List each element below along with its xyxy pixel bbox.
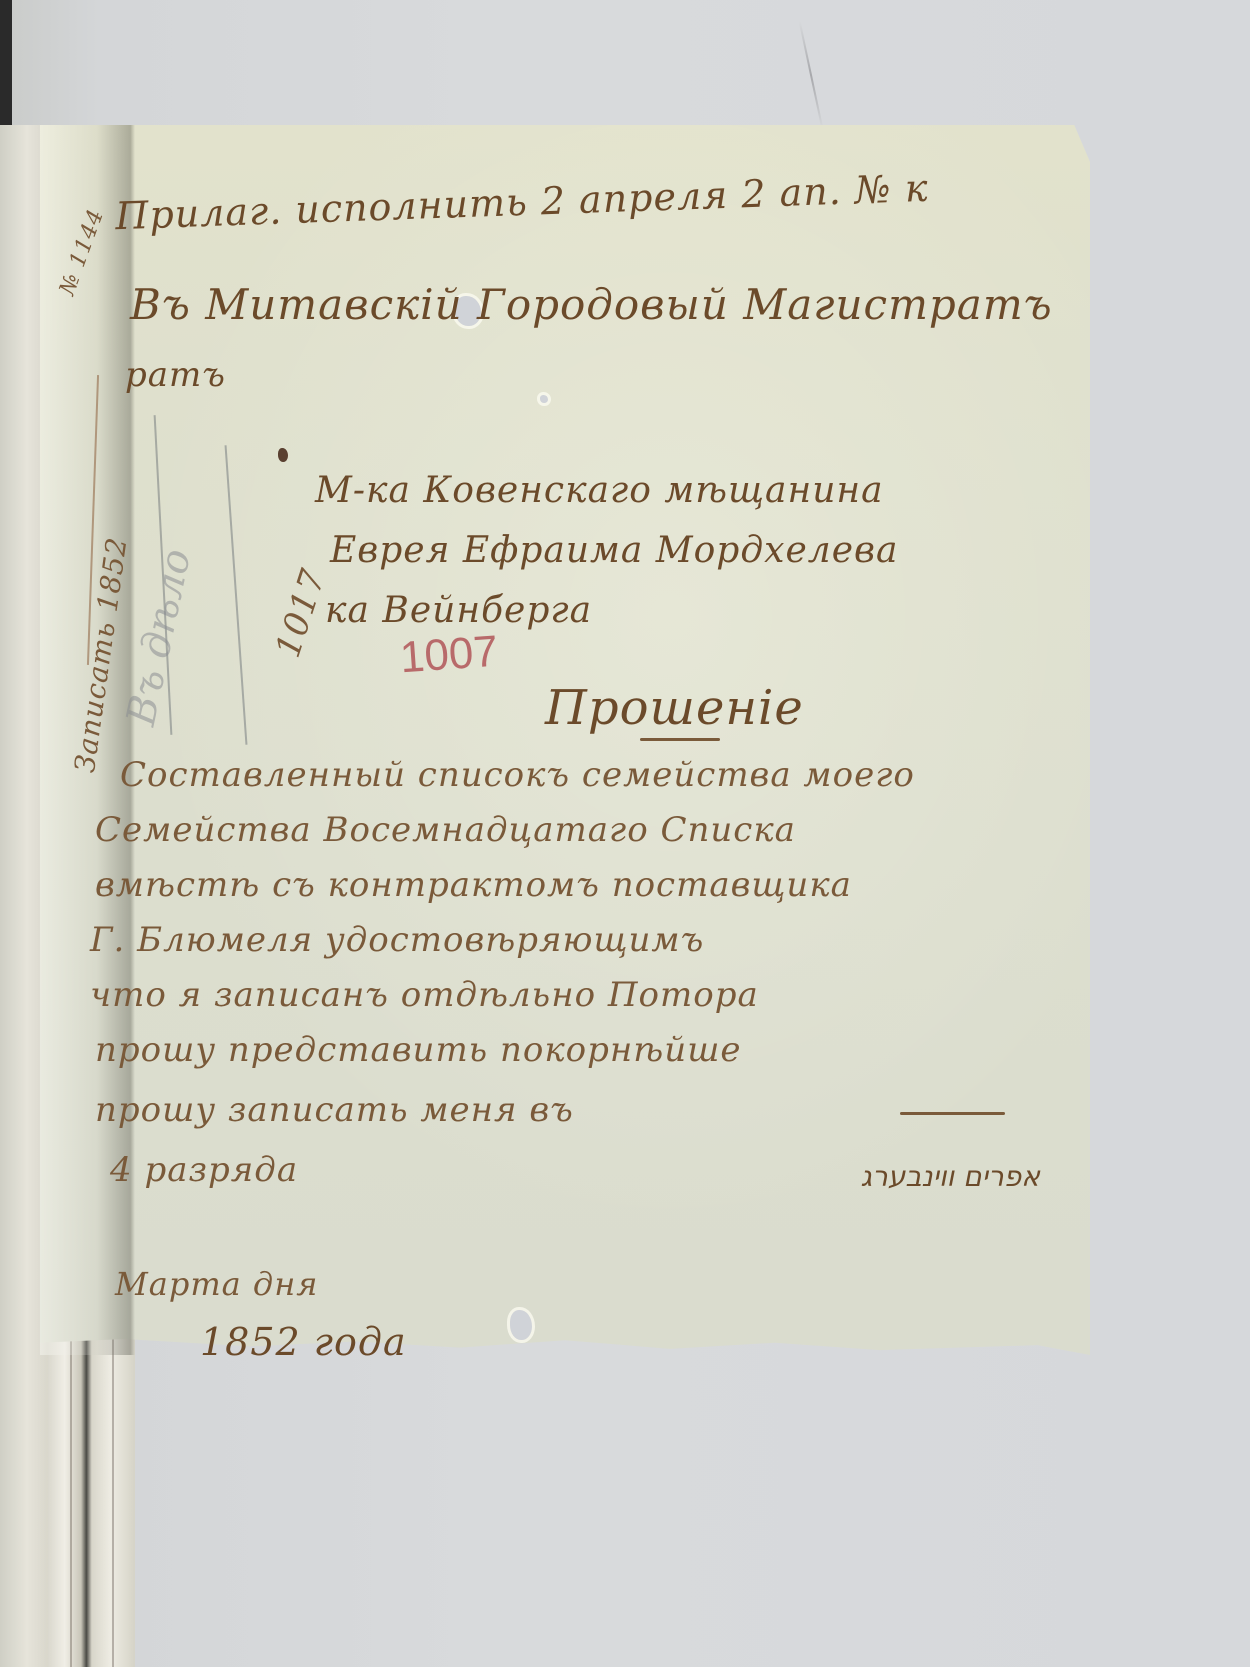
line-end-dash — [900, 1112, 1005, 1115]
petitioner-line-2: Еврея Ефраима Мордхелева — [330, 530, 898, 571]
body-line: 4 разряда — [110, 1150, 298, 1190]
punch-hole — [278, 448, 288, 462]
red-pencil-number: 1007 — [398, 627, 499, 684]
body-line: прошу представить покорнѣйше — [95, 1030, 742, 1070]
header-line-2: Въ Митавскій Городовый Магистратъ — [130, 280, 1053, 329]
date-line-2: 1852 года — [200, 1320, 407, 1364]
petitioner-line-1: М-ка Ковенскаго мѣщанина — [315, 470, 884, 511]
body-line: Г. Блюмеля удостовѣряющимъ — [90, 920, 704, 960]
punch-hole — [540, 395, 548, 403]
date-line-1: Марта дня — [115, 1265, 318, 1303]
body-line: Составленный списокъ семейства моего — [120, 755, 915, 795]
title-underline — [640, 738, 720, 741]
document-title: Прошеніе — [545, 680, 804, 736]
body-line: что я записанъ отдѣльно Потора — [90, 975, 759, 1015]
header-line-3: ратъ — [125, 355, 226, 395]
backdrop-crease — [799, 21, 824, 129]
punch-hole — [510, 1310, 532, 1340]
body-line: прошу записать меня въ — [95, 1090, 574, 1130]
photo-edge-shadow — [0, 0, 12, 140]
hebrew-signature: אפרים ווינבערג — [700, 1160, 1040, 1193]
body-line: Семейства Восемнадцатаго Списка — [95, 810, 796, 850]
petitioner-line-3: ка Вейнберга — [325, 590, 592, 631]
body-line: вмѣстѣ съ контрактомъ поставщика — [95, 865, 852, 905]
